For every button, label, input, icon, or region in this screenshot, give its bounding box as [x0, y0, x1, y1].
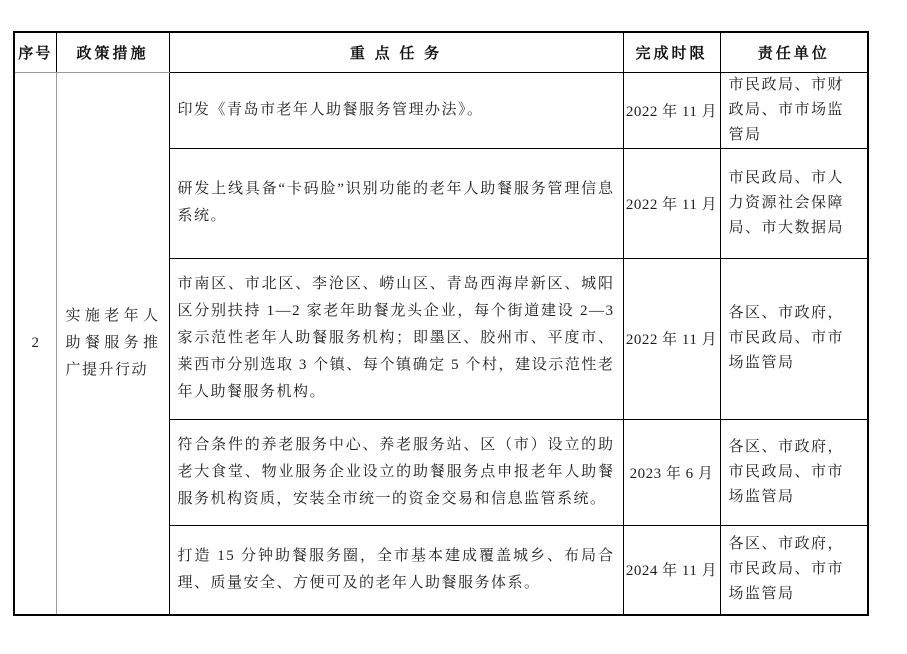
task-cell: 符合条件的养老服务中心、养老服务站、区（市）设立的助老大食堂、物业服务企业设立的…	[169, 419, 623, 525]
deadline-cell: 2022 年 11 月	[623, 72, 720, 148]
responsible-unit-cell: 各区、市政府，市民政局、市市场监管局	[720, 258, 868, 419]
responsible-unit-cell: 市民政局、市财政局、市市场监管局	[720, 72, 868, 148]
deadline-cell: 2023 年 6 月	[623, 419, 720, 525]
serial-number-cell: 2	[14, 72, 56, 615]
responsible-unit-cell: 各区、市政府，市民政局、市市场监管局	[720, 525, 868, 615]
task-cell: 研发上线具备“卡码脸”识别功能的老年人助餐服务管理信息系统。	[169, 148, 623, 258]
header-key-task: 重 点 任 务	[169, 32, 623, 72]
deadline-cell: 2022 年 11 月	[623, 258, 720, 419]
header-serial-number: 序号	[14, 32, 56, 72]
task-cell: 印发《青岛市老年人助餐服务管理办法》。	[169, 72, 623, 148]
document-page: 序号 政策措施 重 点 任 务 完成时限 责任单位 2 实施老年人助餐服务推广提…	[0, 0, 907, 654]
header-policy-measure: 政策措施	[56, 32, 169, 72]
policy-table: 序号 政策措施 重 点 任 务 完成时限 责任单位 2 实施老年人助餐服务推广提…	[13, 31, 869, 616]
responsible-unit-cell: 各区、市政府，市民政局、市市场监管局	[720, 419, 868, 525]
policy-measure-cell: 实施老年人助餐服务推广提升行动	[56, 72, 169, 615]
table-header-row: 序号 政策措施 重 点 任 务 完成时限 责任单位	[14, 32, 868, 72]
task-cell: 市南区、市北区、李沧区、崂山区、青岛西海岸新区、城阳区分别扶持 1—2 家老年助…	[169, 258, 623, 419]
deadline-cell: 2024 年 11 月	[623, 525, 720, 615]
responsible-unit-cell: 市民政局、市人力资源社会保障局、市大数据局	[720, 148, 868, 258]
table-row: 2 实施老年人助餐服务推广提升行动 印发《青岛市老年人助餐服务管理办法》。 20…	[14, 72, 868, 148]
task-cell: 打造 15 分钟助餐服务圈，全市基本建成覆盖城乡、布局合理、质量安全、方便可及的…	[169, 525, 623, 615]
deadline-cell: 2022 年 11 月	[623, 148, 720, 258]
header-responsible-unit: 责任单位	[720, 32, 868, 72]
header-deadline: 完成时限	[623, 32, 720, 72]
